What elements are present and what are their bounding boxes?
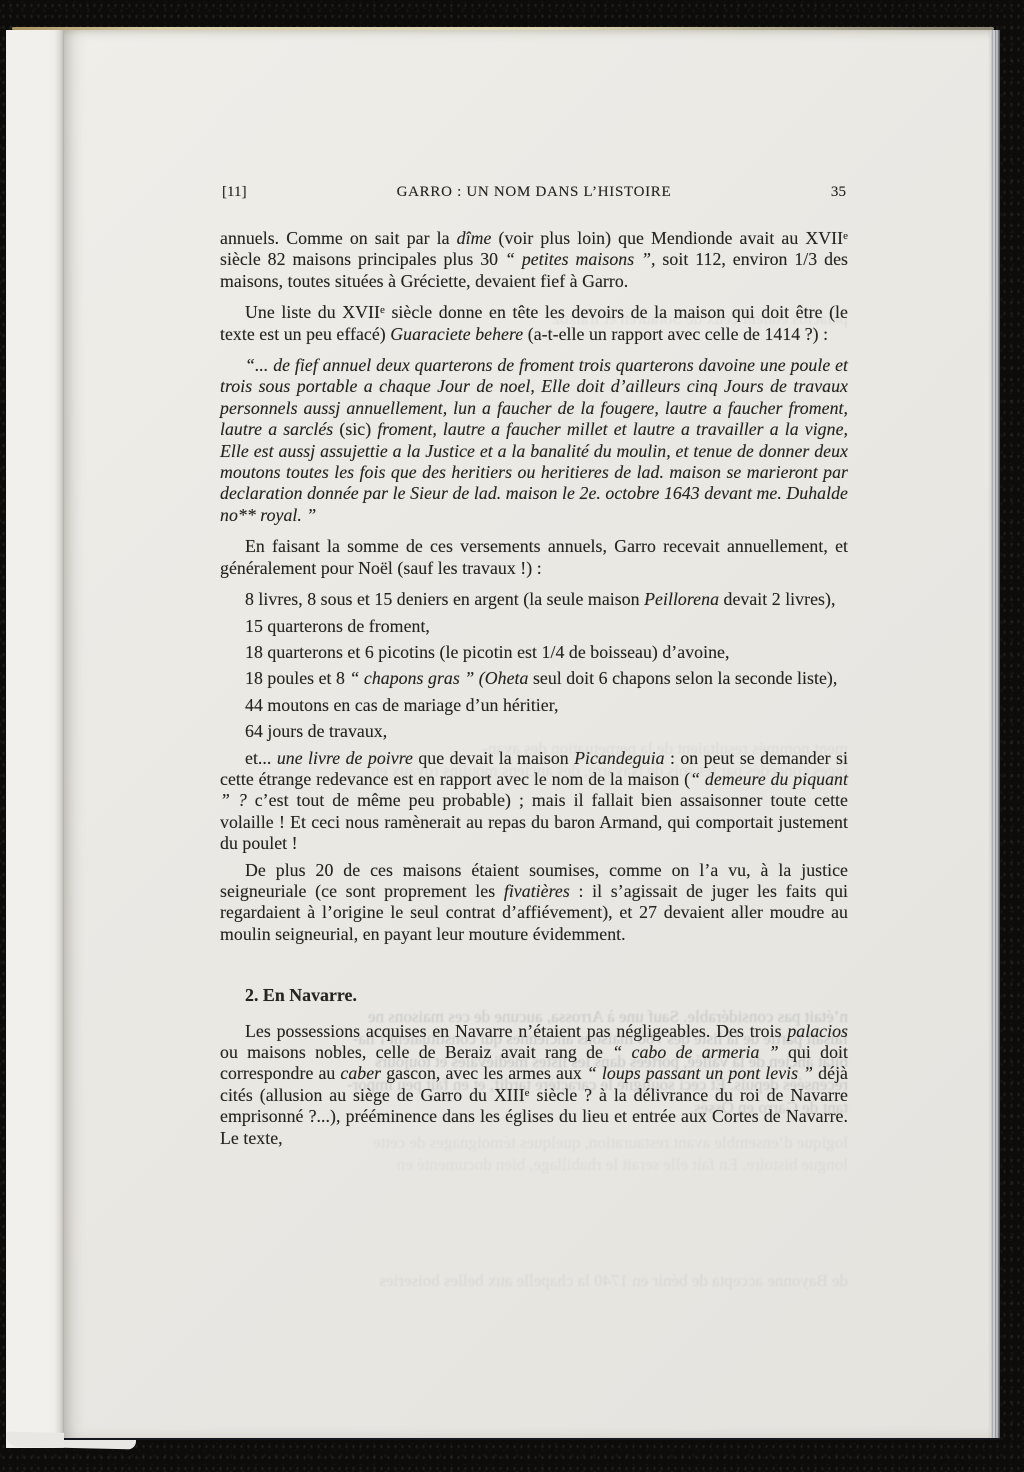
margin-reference: [11] (222, 182, 247, 203)
body-text: annuels. Comme on sait par la dîme (voir… (220, 228, 848, 1149)
scanned-book-photo: palacios étaient ceux de Sorauren et Ira… (0, 0, 1024, 1472)
page: palacios étaient ceux de Sorauren et Ira… (64, 30, 1000, 1440)
right-fore-edge-pages (988, 30, 1000, 1438)
paragraph: En faisant la somme de ces versements an… (220, 536, 848, 579)
paragraph: Les possessions acquises en Navarre n’ét… (220, 1021, 848, 1149)
section-heading: 2. En Navarre. (220, 985, 848, 1006)
paragraph-continuation: annuels. Comme on sait par la dîme (voir… (220, 228, 848, 292)
left-page-stack (6, 30, 64, 1448)
running-header: [11] GARRO : UN NOM DANS L’HISTOIRE 35 (220, 182, 848, 204)
list-item: 18 quarterons et 6 picotins (le picotin … (220, 642, 848, 663)
list-item: 15 quarterons de froment, (220, 616, 848, 637)
list-item: et... une livre de poivre que devait la … (220, 748, 848, 855)
page-number: 35 (831, 182, 846, 203)
list-item: 18 poules et 8 “ chapons gras ” (Oheta s… (220, 668, 848, 689)
block-quote: “... de fief annuel deux quarterons de f… (220, 355, 848, 526)
running-title: GARRO : UN NOM DANS L’HISTOIRE (220, 182, 848, 203)
list-item: 8 livres, 8 sous et 15 deniers en argent… (220, 589, 848, 610)
paragraph: De plus 20 de ces maisons étaient soumis… (220, 860, 848, 946)
book-page: palacios étaient ceux de Sorauren et Ira… (6, 28, 1000, 1440)
page-content: [11] GARRO : UN NOM DANS L’HISTOIRE 35 a… (220, 182, 848, 1159)
paragraph: Une liste du XVIIe siècle donne en tête … (220, 302, 848, 345)
bleed-through-line: de Bayonne accepta de bénir en 1740 la c… (220, 1270, 848, 1291)
list-item: 64 jours de travaux, (220, 721, 848, 742)
list-item: 44 moutons en cas de mariage d’un hériti… (220, 695, 848, 716)
